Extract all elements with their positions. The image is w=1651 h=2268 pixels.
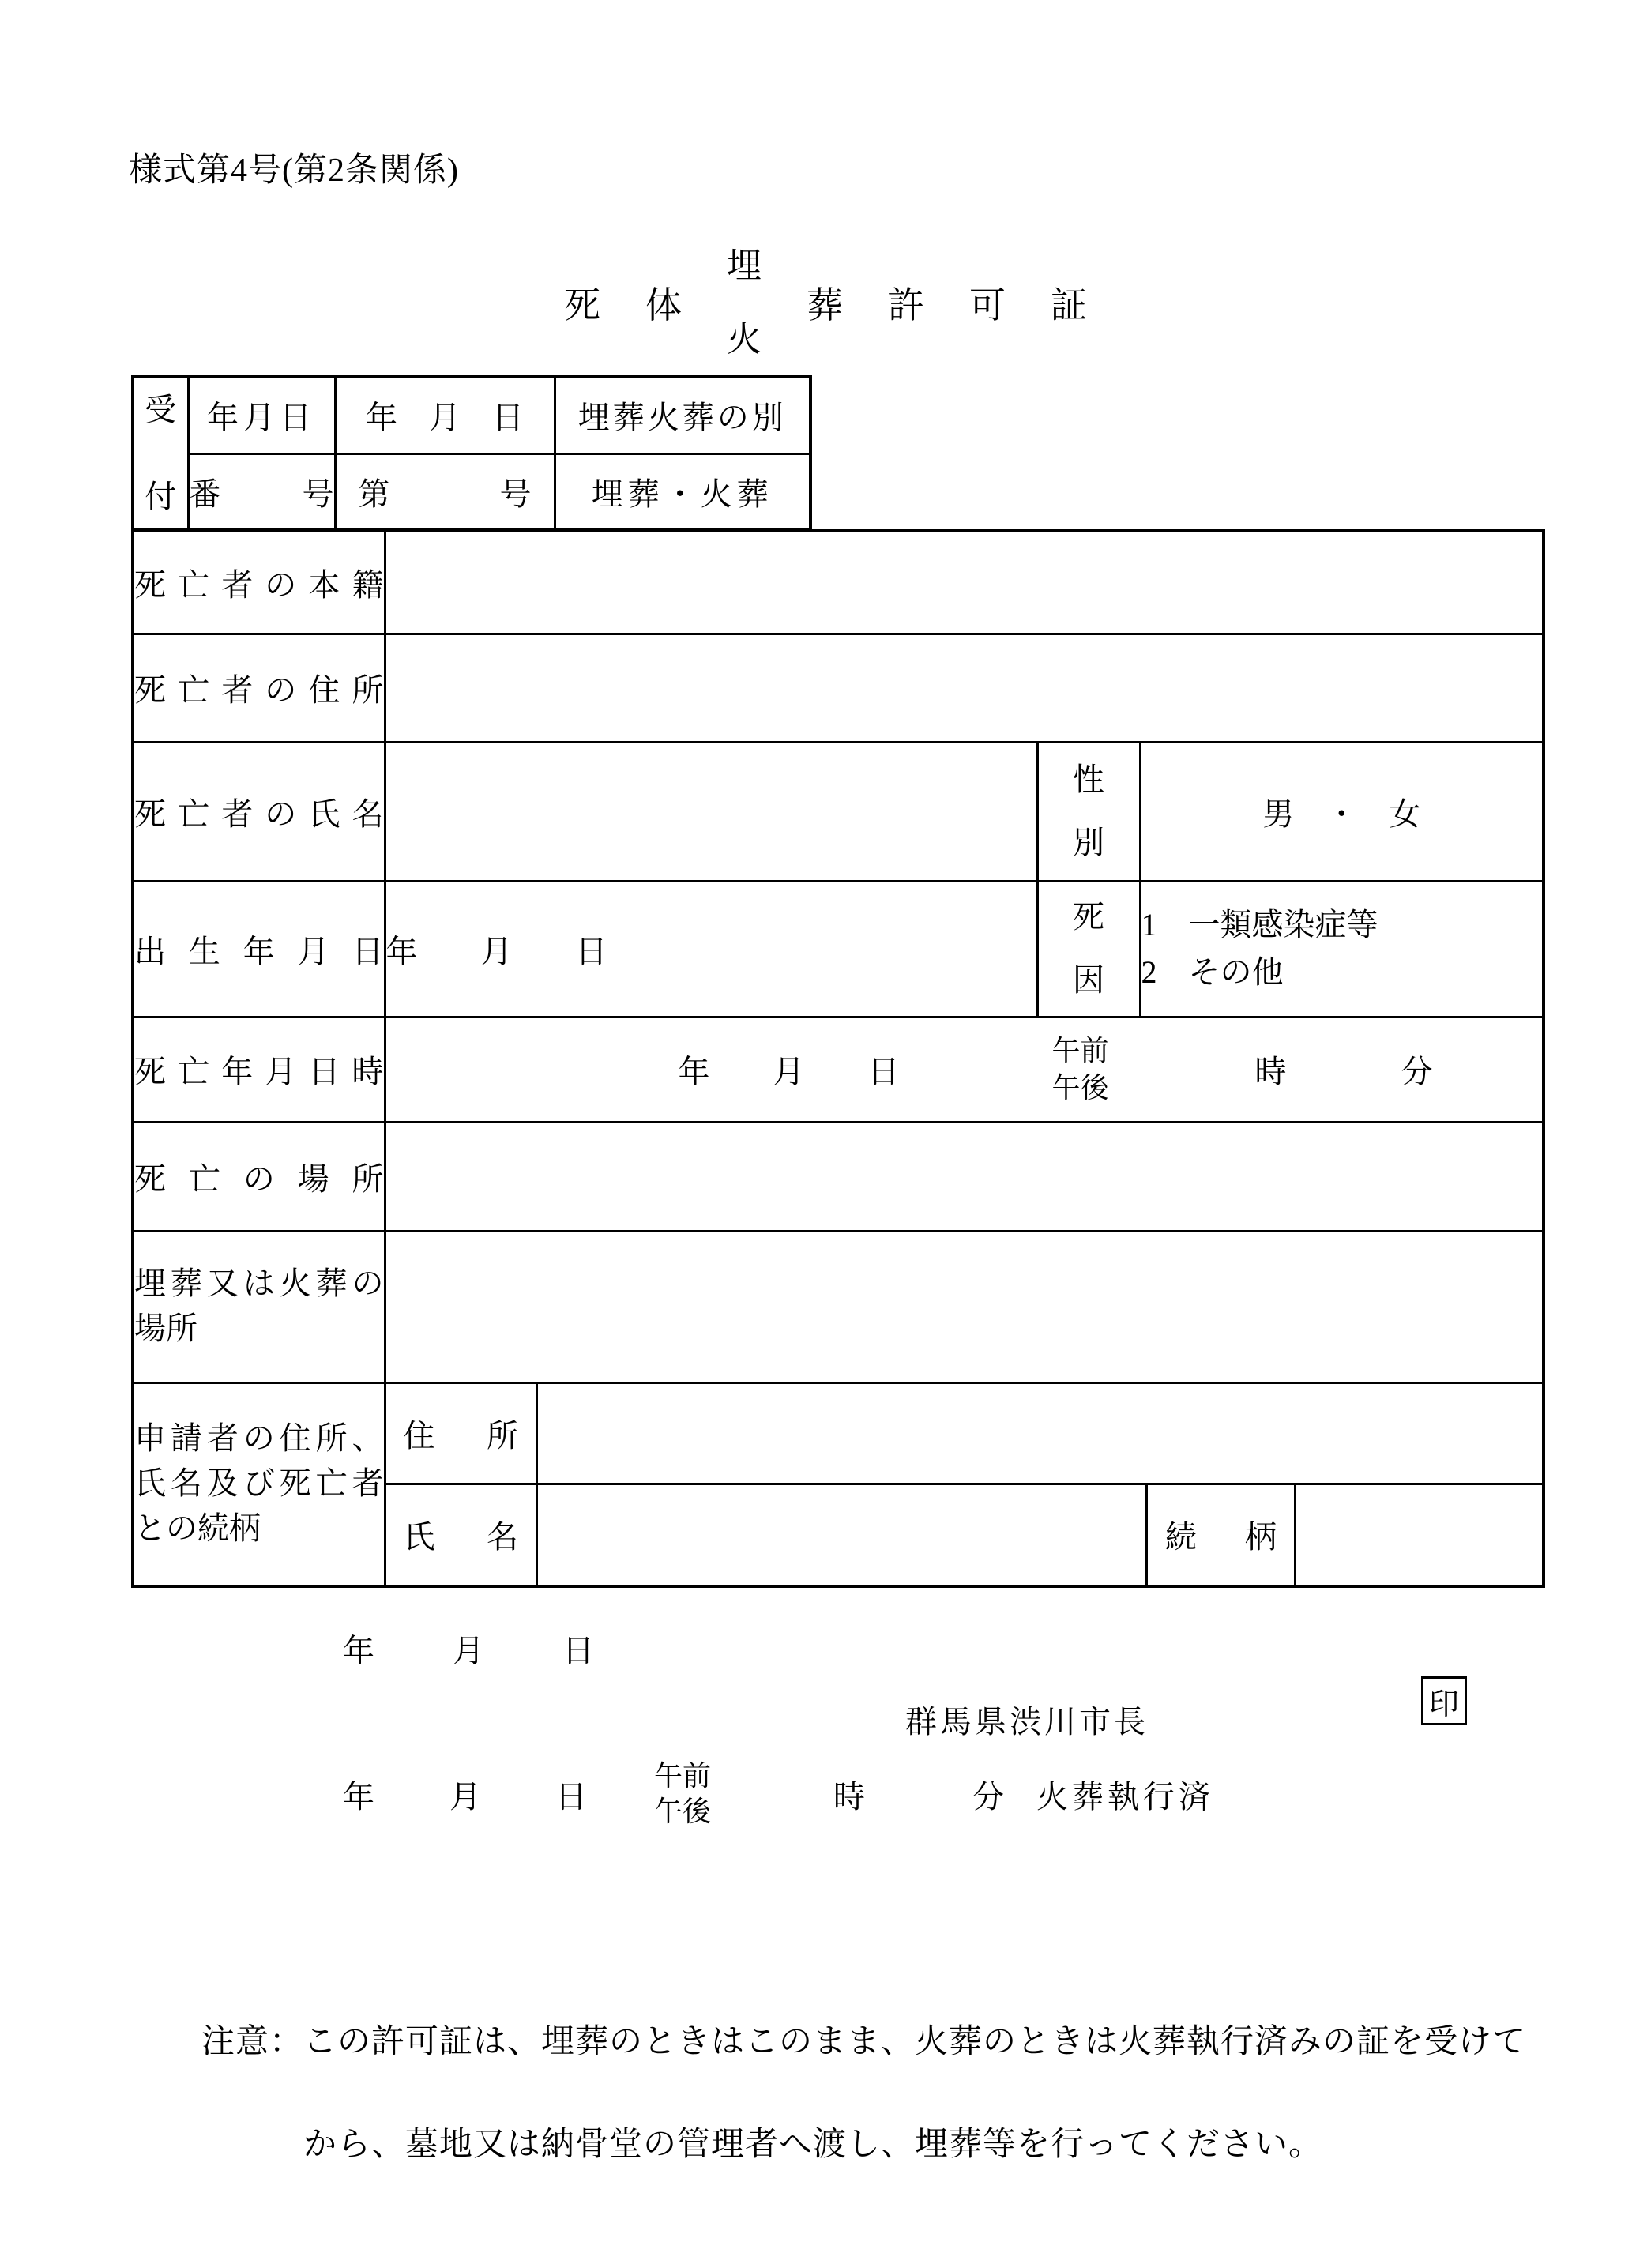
caution-note-line2: から、墓地又は納骨堂の管理者へ渡し、埋葬等を行ってください。 — [201, 2125, 1526, 2165]
title-char-shi: 死 — [564, 276, 600, 329]
death-datetime-hour: 時 — [1255, 1047, 1287, 1092]
applicant-relation-value-cell — [1296, 1484, 1544, 1585]
applicant-address-row: 住 所 — [386, 1384, 1544, 1484]
title-stack-cremation: 火 — [727, 303, 762, 376]
row-birth: 出生年月日 年 月 日 死 因 1 一類感染症等 2 その他 — [133, 881, 1544, 1017]
exec-hour: 時 — [833, 1772, 865, 1817]
reception-number-line: 第号 — [337, 469, 554, 514]
death-datetime-date: 年 月 日 — [679, 1047, 900, 1092]
cause-label-top: 死 — [1073, 901, 1104, 933]
exec-year: 年 — [343, 1772, 374, 1817]
title-char-tai: 体 — [645, 276, 682, 329]
seal-box: 印 — [1421, 1676, 1467, 1725]
address-value-cell — [385, 634, 1544, 742]
burial-cremation-permit-document: 様式第4号(第2条関係) 死 体 埋 火 葬 許 可 証 受 付 年月日 年 月… — [0, 0, 1651, 2268]
ampm-top: 午前 — [1052, 1032, 1109, 1070]
death-datetime-label: 死亡年月日時 — [133, 1017, 385, 1122]
reception-corner-bottom: 付 — [145, 481, 176, 513]
form-number: 様式第4号(第2条関係) — [129, 144, 459, 191]
sex-label-bottom: 別 — [1073, 827, 1104, 859]
applicant-sub-cell: 住 所 氏 名 続 柄 — [385, 1382, 1544, 1586]
domicile-label: 死亡者の本籍 — [133, 531, 385, 634]
title-char-shou: 証 — [1051, 276, 1087, 329]
death-datetime-value-cell: 年 月 日 午前 午後 時 分 — [385, 1017, 1544, 1122]
reception-number-value: 第号 — [335, 453, 555, 530]
title-burial-cremation-stack: 埋 火 — [727, 229, 762, 376]
sex-label-cell: 性 別 — [1037, 742, 1140, 881]
death-datetime-ampm-stack: 午前 午後 — [1052, 1032, 1109, 1107]
birth-value-cell: 年 月 日 — [385, 881, 1037, 1017]
title-stack-burial: 埋 — [727, 229, 762, 303]
applicant-name-value-cell — [537, 1484, 1147, 1585]
death-place-value-cell — [385, 1122, 1544, 1231]
reception-corner-top: 受 — [145, 394, 176, 426]
reception-date-value: 年 月 日 — [335, 377, 555, 453]
issue-date-line: 年 月 日 — [343, 1629, 594, 1667]
reception-number-label: 番 号 — [188, 453, 335, 530]
exec-day: 日 — [555, 1772, 587, 1817]
sex-label-stack: 性 別 — [1039, 764, 1139, 859]
reception-corner-cell: 受 付 — [133, 377, 188, 530]
reception-number-suffix: 号 — [500, 476, 532, 512]
death-place-label: 死亡の場所 — [133, 1122, 385, 1231]
cause-label-stack: 死 因 — [1039, 901, 1139, 996]
ampm-bottom: 午後 — [1052, 1070, 1109, 1107]
name-value-cell — [385, 742, 1037, 881]
burial-place-label: 埋葬又は火葬の場所 — [133, 1231, 385, 1382]
exec-month: 月 — [449, 1772, 481, 1817]
sex-value-cell: 男 ・ 女 — [1140, 742, 1544, 881]
document-title: 死 体 埋 火 葬 許 可 証 — [0, 246, 1651, 359]
row-domicile: 死亡者の本籍 — [133, 531, 1544, 634]
main-table: 死亡者の本籍 死亡者の住所 死亡者の氏名 性 別 男 ・ 女 出生年月日 年 月… — [131, 529, 1545, 1588]
exec-label: 火葬執行済 — [1036, 1772, 1214, 1817]
seal-character: 印 — [1429, 1679, 1459, 1723]
issue-month: 月 — [453, 1626, 484, 1671]
issue-day: 日 — [562, 1626, 594, 1671]
reception-number-prefix: 第 — [359, 476, 500, 512]
cause-label-bottom: 因 — [1073, 965, 1104, 996]
address-label: 死亡者の住所 — [133, 634, 385, 742]
reception-table: 受 付 年月日 年 月 日 埋葬火葬の別 番 号 第号 埋葬・火葬 — [131, 375, 812, 532]
cause-options-cell: 1 一類感染症等 2 その他 — [1140, 881, 1544, 1017]
applicant-name-row: 氏 名 続 柄 — [386, 1484, 1544, 1585]
row-name: 死亡者の氏名 性 別 男 ・ 女 — [133, 742, 1544, 881]
death-datetime-line: 年 月 日 午前 午後 時 分 — [386, 1032, 1543, 1107]
exec-ampm-top: 午前 — [654, 1758, 711, 1794]
reception-type-value: 埋葬・火葬 — [555, 453, 810, 530]
birth-label: 出生年月日 — [133, 881, 385, 1017]
burial-place-value-cell — [385, 1231, 1544, 1382]
sex-label-top: 性 — [1073, 764, 1104, 795]
exec-ampm-bottom: 午後 — [654, 1794, 711, 1830]
mayor-signature: 群馬県渋川市長 — [905, 1697, 1149, 1742]
reception-date-label: 年月日 — [188, 377, 335, 453]
reception-corner-stack: 受 付 — [134, 394, 187, 513]
cause-option-1: 1 一類感染症等 — [1141, 901, 1543, 949]
exec-minute: 分 — [972, 1772, 1004, 1817]
row-applicant: 申請者の住所、氏名及び死亡者との続柄 住 所 氏 名 続 柄 — [133, 1382, 1544, 1586]
cause-label-cell: 死 因 — [1037, 881, 1140, 1017]
exec-ampm-stack: 午前 午後 — [654, 1758, 711, 1830]
name-label: 死亡者の氏名 — [133, 742, 385, 881]
title-char-kyo: 許 — [888, 276, 924, 329]
applicant-label: 申請者の住所、氏名及び死亡者との続柄 — [133, 1382, 385, 1586]
applicant-relation-label: 続 柄 — [1147, 1484, 1296, 1585]
domicile-value-cell — [385, 531, 1544, 634]
cremation-executed-line: 年 月 日 午前 午後 時 分 火葬執行済 — [343, 1758, 1214, 1830]
issue-year: 年 — [343, 1626, 374, 1671]
death-datetime-minute: 分 — [1401, 1047, 1433, 1092]
reception-type-label: 埋葬火葬の別 — [555, 377, 810, 453]
row-death-datetime: 死亡年月日時 年 月 日 午前 午後 時 分 — [133, 1017, 1544, 1122]
caution-note: 注意：この許可証は、埋葬のときはこのまま、火葬のときは火葬執行済みの証を受けて … — [201, 2022, 1526, 2165]
applicant-name-label: 氏 名 — [386, 1484, 537, 1585]
title-char-ka: 可 — [969, 276, 1006, 329]
applicant-address-value-cell — [537, 1384, 1544, 1484]
caution-note-line1: 注意：この許可証は、埋葬のときはこのまま、火葬のときは火葬執行済みの証を受けて — [201, 2022, 1526, 2062]
row-address: 死亡者の住所 — [133, 634, 1544, 742]
row-burial-place: 埋葬又は火葬の場所 — [133, 1231, 1544, 1382]
cause-option-2: 2 その他 — [1141, 949, 1543, 996]
row-death-place: 死亡の場所 — [133, 1122, 1544, 1231]
applicant-address-label: 住 所 — [386, 1384, 537, 1484]
applicant-inner-table: 住 所 氏 名 続 柄 — [386, 1384, 1544, 1585]
title-char-sou: 葬 — [807, 276, 843, 329]
